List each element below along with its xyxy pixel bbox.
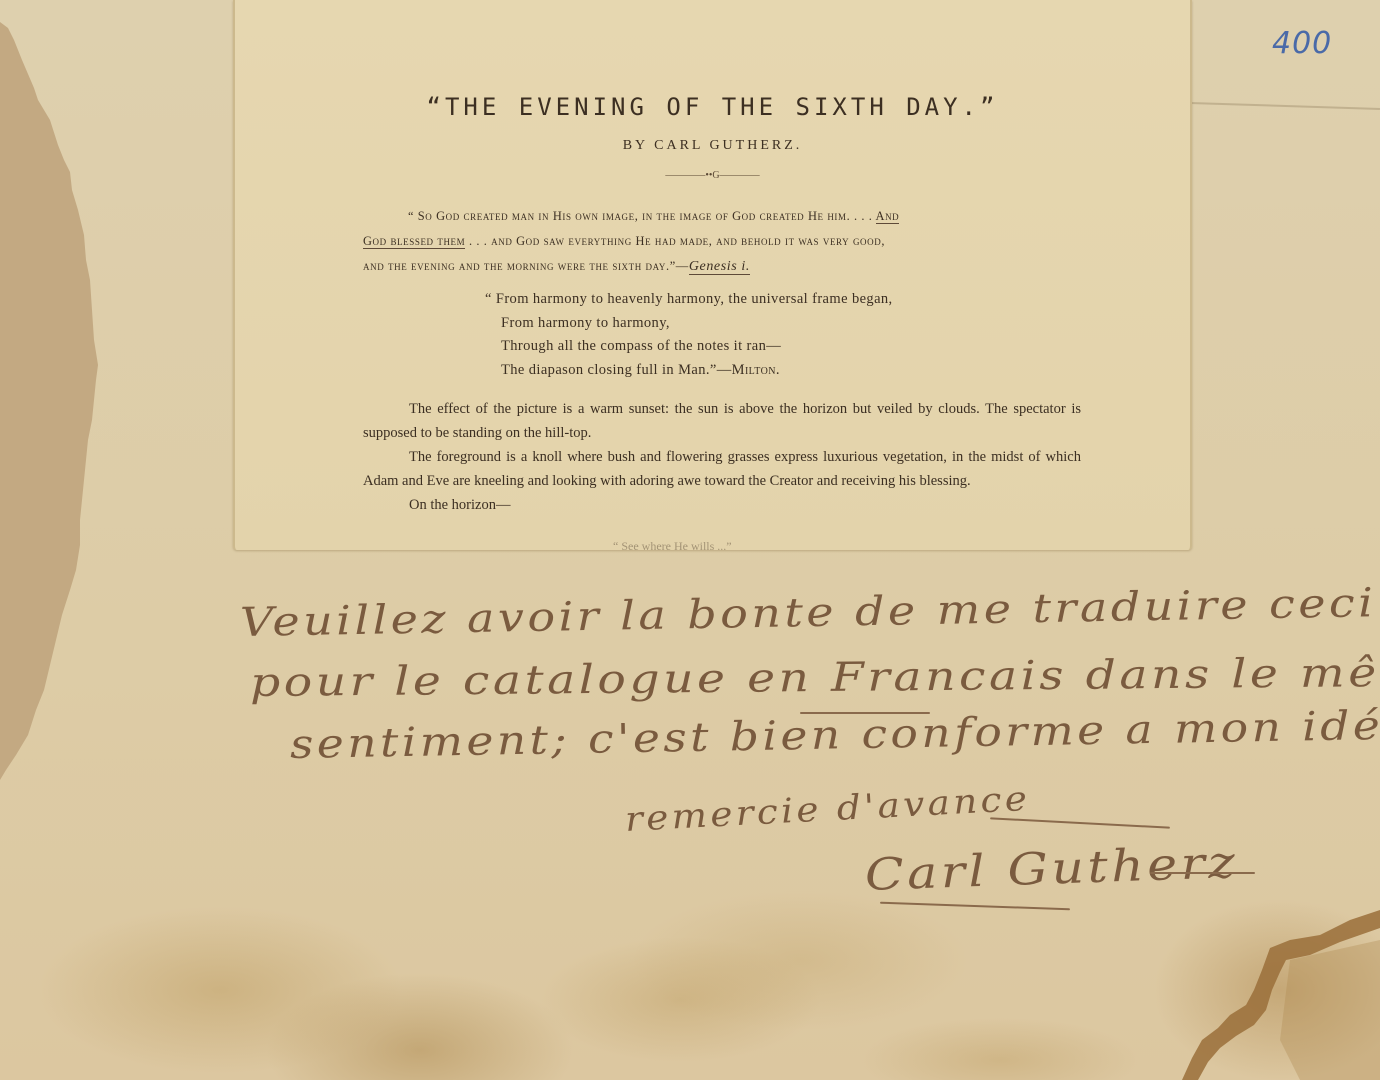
handwritten-line-2: pour le catalogue en Francais dans le mê… [250, 649, 1380, 706]
poem-line: The diapason closing full in Man.”—Milto… [485, 359, 893, 383]
poem-line: “ From harmony to heavenly harmony, the … [485, 288, 893, 312]
scripture-quote: “ So God created man in His own image, i… [363, 204, 1088, 279]
prose-paragraph-3: On the horizon— [363, 494, 1081, 518]
handwritten-line-1: Veuillez avoir la bonte de me traduire c… [240, 580, 1377, 646]
signature-flourish [1150, 872, 1255, 874]
pencil-catalog-number: 400 [1272, 26, 1332, 61]
scripture-line-1: “ So God created man in His own image, i… [408, 209, 876, 223]
card-byline: BY CARL GUTHERZ. [235, 138, 1190, 154]
fold-crease [1190, 102, 1380, 110]
mount-board: 400 “THE EVENING OF THE SIXTH DAY.” BY C… [0, 0, 1380, 1080]
flourish-line [990, 817, 1170, 828]
milton-poem: “ From harmony to heavenly harmony, the … [485, 288, 893, 382]
torn-corner-stain [1150, 880, 1380, 1080]
poem-line: Through all the compass of the notes it … [485, 335, 893, 359]
scripture-line-2: . . . and God saw everything He had made… [465, 234, 885, 248]
underlined-god-blessed-them: God blessed them [363, 234, 465, 249]
handwritten-line-3: sentiment; c'est bien conforme a mon idé… [290, 702, 1380, 768]
description-prose: The effect of the picture is a warm suns… [363, 398, 1081, 519]
printed-card: “THE EVENING OF THE SIXTH DAY.” BY CARL … [233, 0, 1192, 550]
prose-paragraph-1: The effect of the picture is a warm suns… [363, 398, 1081, 445]
underlined-and: And [876, 209, 900, 224]
poem-line-text: The diapason closing full in Man.”— [501, 362, 732, 378]
torn-backing-paper [0, 0, 120, 780]
signature-underline [880, 902, 1070, 911]
ornament-divider: ————••G———— [235, 170, 1190, 181]
poem-line: From harmony to harmony, [485, 312, 893, 336]
scripture-line-3: and the evening and the morning were the… [363, 259, 689, 273]
card-title: “THE EVENING OF THE SIXTH DAY.” [235, 93, 1190, 121]
scripture-citation: Genesis i. [689, 259, 750, 275]
poem-attribution: Milton. [732, 362, 780, 378]
handwritten-line-4: remercie d'avance [624, 779, 1031, 840]
prose-paragraph-2: The foreground is a knoll where bush and… [363, 446, 1081, 493]
cut-off-line: “ See where He wills ...” [613, 535, 732, 550]
